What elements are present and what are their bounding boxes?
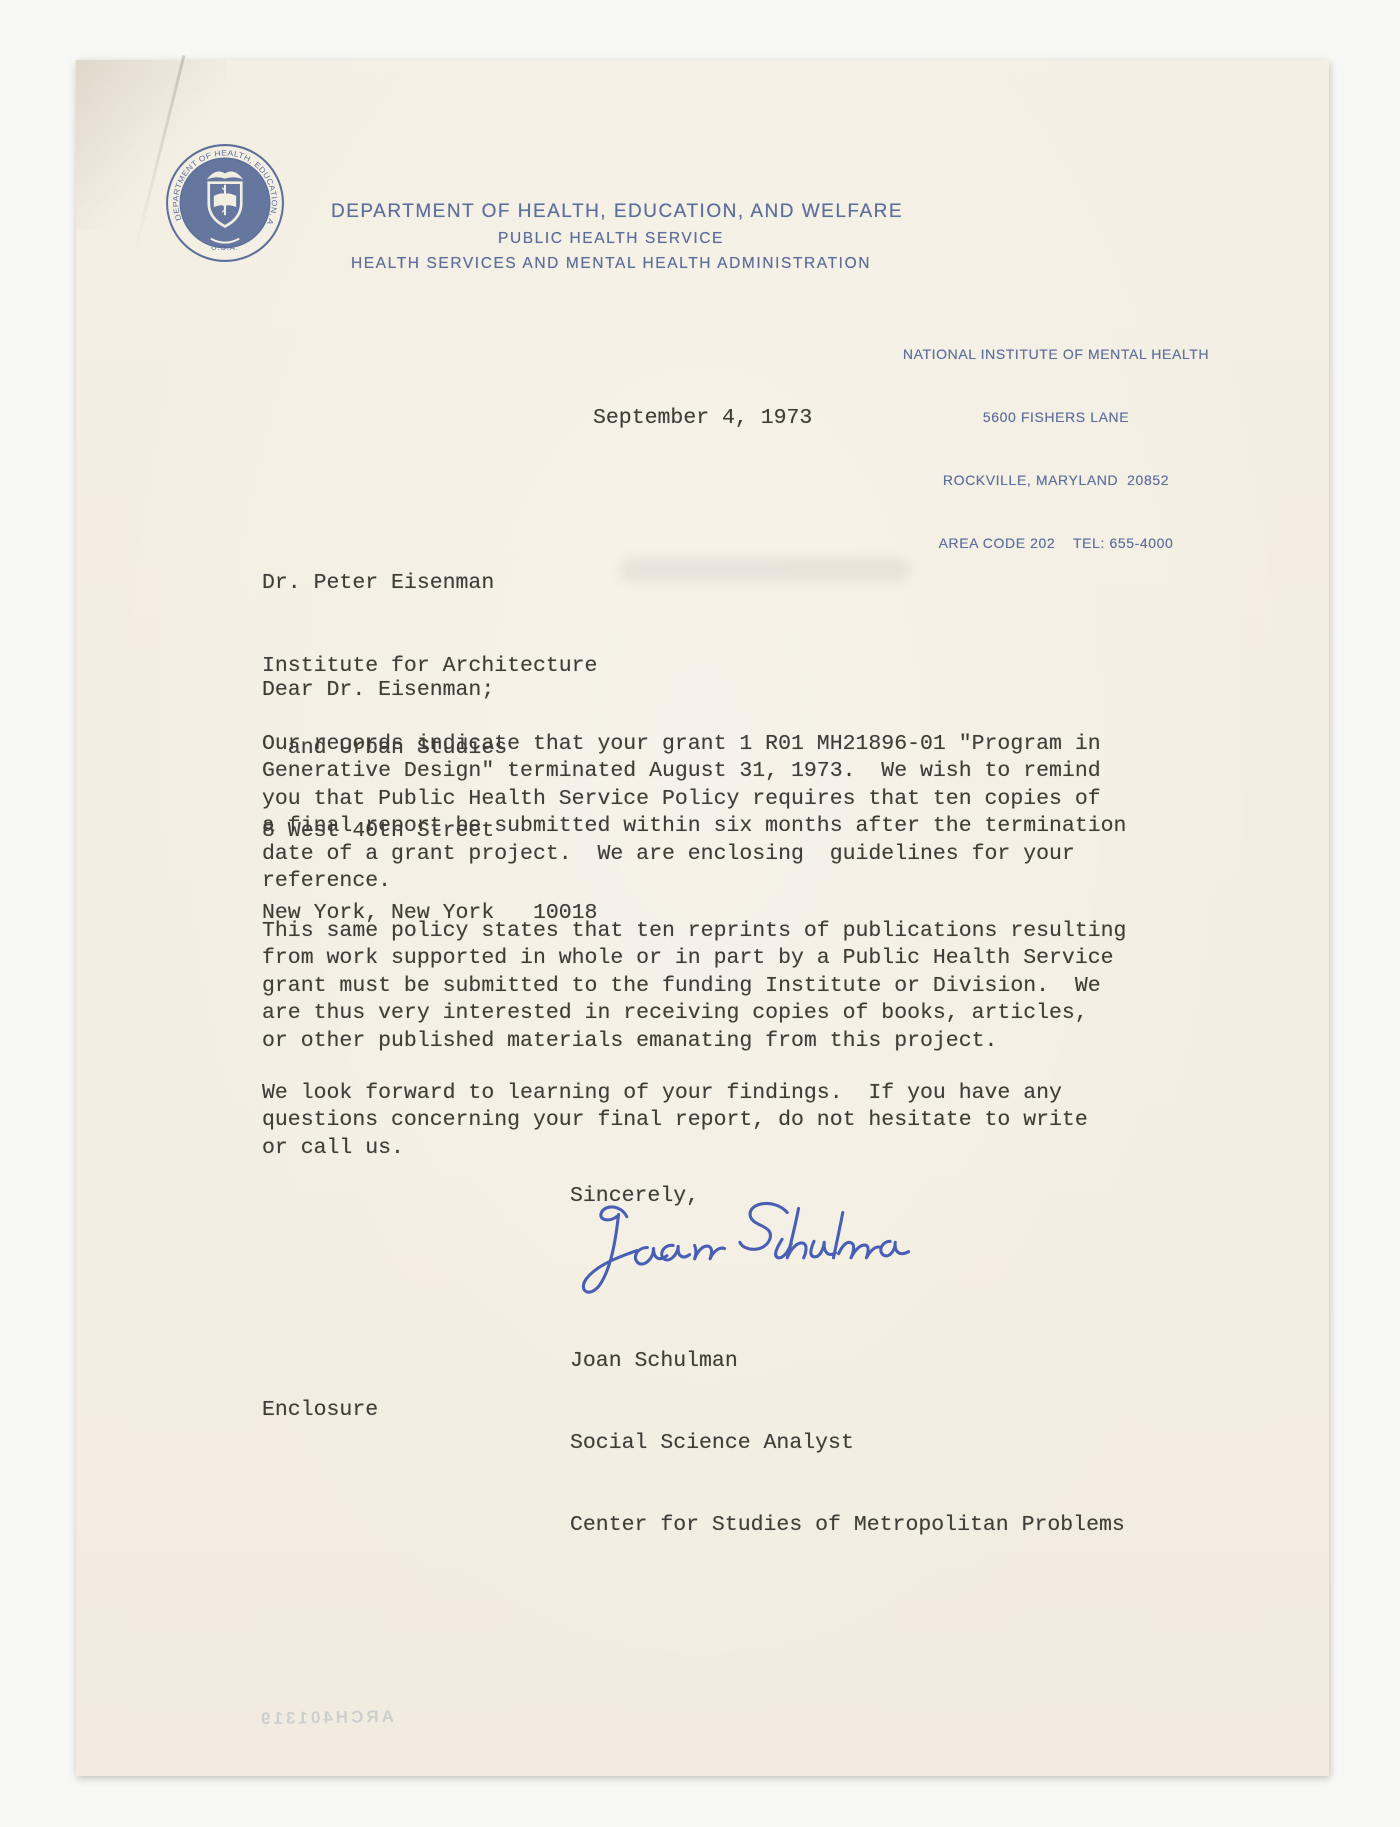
body-paragraph-1: Our records indicate that your grant 1 R… [262,731,1182,895]
office-address-block: NATIONAL INSTITUTE OF MENTAL HEALTH 5600… [876,302,1236,596]
office-city: ROCKVILLE, MARYLAND 20852 [876,470,1236,491]
hew-seal-icon: DEPARTMENT OF HEALTH, EDUCATION, AND WEL… [164,142,286,264]
body-paragraph-3: We look forward to learning of your find… [262,1080,1182,1162]
signer-name: Joan Schulman [570,1348,1125,1375]
recipient-name: Dr. Peter Eisenman [262,570,597,598]
letterhead: DEPARTMENT OF HEALTH, EDUCATION, AND WEL… [331,201,891,273]
letterhead-department: DEPARTMENT OF HEALTH, EDUCATION, AND WEL… [331,201,891,223]
scan-smudge [620,558,910,582]
body-paragraph-2: This same policy states that ten reprint… [262,918,1182,1055]
letterhead-service: PUBLIC HEALTH SERVICE [331,230,891,248]
letter-date: September 4, 1973 [593,405,812,432]
signer-organization: Center for Studies of Metropolitan Probl… [570,1512,1125,1539]
scan-background: DEPARTMENT OF HEALTH, EDUCATION, AND WEL… [0,0,1400,1827]
office-street: 5600 FISHERS LANE [876,407,1236,428]
office-phone: AREA CODE 202 TEL: 655-4000 [876,533,1236,554]
signature-block: Joan Schulman Social Science Analyst Cen… [570,1293,1125,1594]
signer-title: Social Science Analyst [570,1430,1125,1457]
letter-page: DEPARTMENT OF HEALTH, EDUCATION, AND WEL… [76,60,1329,1776]
bleedthrough-stamp: ARCH401319 [226,1706,426,1729]
recipient-org-line1: Institute for Architecture [262,653,597,681]
handwritten-signature [573,1194,913,1302]
salutation: Dear Dr. Eisenman; [262,677,494,704]
letterhead-administration: HEALTH SERVICES AND MENTAL HEALTH ADMINI… [331,255,891,273]
enclosure-note: Enclosure [262,1397,378,1424]
office-name: NATIONAL INSTITUTE OF MENTAL HEALTH [876,344,1236,365]
seal-usa-text: U.S.A. [211,243,239,252]
